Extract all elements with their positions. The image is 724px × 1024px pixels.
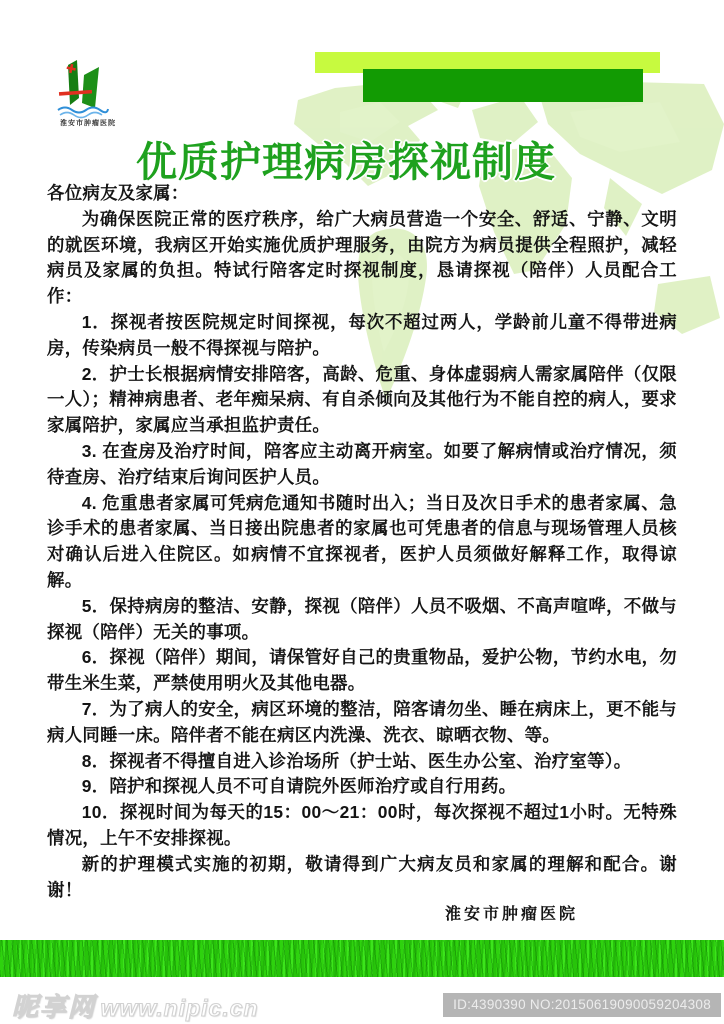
policy-item-5: 5．保持病房的整洁、安静，探视（陪伴）人员不吸烟、不高声喧哗，不做与探视（陪伴）…: [47, 594, 677, 646]
logo-wave-1: [58, 108, 108, 113]
intro-paragraph: 为确保医院正常的医疗秩序，给广大病员营造一个安全、舒适、宁静、文明的就医环境，我…: [47, 207, 677, 310]
greeting-line: 各位病友及家属：: [47, 181, 677, 207]
closing-paragraph: 新的护理模式实施的初期，敬请得到广大病友员和家属的理解和配合。谢谢！: [47, 852, 677, 903]
logo-left-leaf: [68, 60, 79, 105]
nipic-url-text: www.nipic.cn: [100, 995, 258, 1021]
watermark-footer: 昵享网 www.nipic.cn ID:4390390 NO:201506190…: [0, 977, 724, 1024]
hospital-logo: [53, 58, 117, 120]
header-bar-dark-green: [363, 69, 643, 102]
hospital-signature: 淮安市肿瘤医院: [445, 901, 578, 924]
grass-decoration-strip: [0, 940, 724, 977]
logo-right-leaf: [82, 67, 99, 108]
policy-item-3: 3. 在查房及治疗时间，陪客应主动离开病室。如要了解病情或治疗情况，须待查房、治…: [47, 439, 677, 491]
policy-item-7: 7．为了病人的安全，病区环境的整洁，陪客请勿坐、睡在病床上，更不能与病人同睡一床…: [47, 697, 677, 749]
policy-item-9: 9．陪护和探视人员不可自请院外医师治疗或自行用药。: [47, 774, 677, 800]
image-id-badge: ID:4390390 NO:20150619090059204308: [443, 993, 721, 1017]
page-title: 优质护理病房探视制度: [136, 129, 616, 188]
policy-text: 各位病友及家属： 为确保医院正常的医疗秩序，给广大病员营造一个安全、舒适、宁静、…: [47, 181, 677, 903]
nipic-logo-text: 昵享网: [12, 992, 96, 1022]
logo-caption: 淮安市肿瘤医院: [46, 118, 130, 128]
policy-item-10: 10．探视时间为每天的15：00～21：00时，每次探视不超过1小时。无特殊情况…: [47, 800, 677, 852]
policy-item-6: 6．探视（陪伴）期间，请保管好自己的贵重物品，爱护公物，节约水电，勿带生米生菜，…: [47, 645, 677, 697]
policy-item-2: 2．护士长根据病情安排陪客，高龄、危重、身体虚弱病人需家属陪伴（仅限一人）；精神…: [47, 362, 677, 439]
nipic-watermark: 昵享网 www.nipic.cn: [12, 987, 259, 1024]
policy-item-8: 8．探视者不得擅自进入诊治场所（护士站、医生办公室、治疗室等）。: [47, 749, 677, 775]
poster-page: 淮安市肿瘤医院 优质护理病房探视制度 各位病友及家属： 为确保医院正常的医疗秩序…: [0, 0, 724, 1024]
policy-item-1: 1．探视者按医院规定时间探视，每次不超过两人，学龄前儿童不得带进病房，传染病员一…: [47, 310, 677, 362]
policy-item-4: 4. 危重患者家属可凭病危通知书随时出入；当日及次日手术的患者家属、急诊手术的患…: [47, 491, 677, 594]
